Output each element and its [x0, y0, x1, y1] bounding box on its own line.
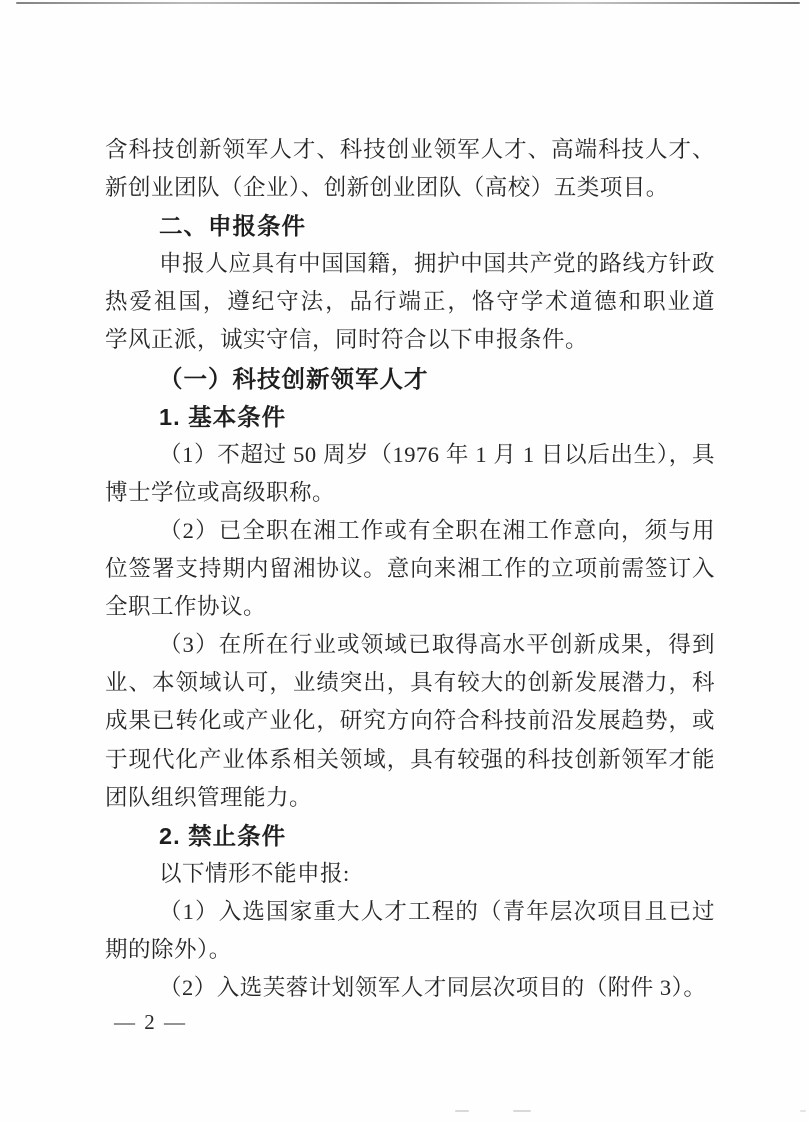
- heading-line: （一）科技创新领军人才: [105, 360, 715, 398]
- text-line: 全职工作协议。: [105, 588, 715, 626]
- scan-artifact-smudge: [455, 1110, 469, 1112]
- text-line: 新创业团队（企业）、创新创业团队（高校）五类项目。: [105, 169, 715, 207]
- text-line: 团队组织管理能力。: [105, 779, 715, 817]
- text-line: 含科技创新领军人才、科技创业领军人才、高端科技人才、创: [105, 131, 715, 169]
- text-line: 学风正派，诚实守信，同时符合以下申报条件。: [105, 321, 715, 359]
- heading-line: 二、申报条件: [105, 207, 715, 245]
- text-line: 热爱祖国，遵纪守法，品行端正，恪守学术道德和职业道德，: [105, 283, 715, 321]
- document-page: 含科技创新领军人才、科技创业领军人才、高端科技人才、创新创业团队（企业）、创新创…: [0, 0, 810, 1122]
- heading-line: 2. 禁止条件: [105, 817, 715, 855]
- text-line: （2）入选芙蓉计划领军人才同层次项目的（附件 3）。: [105, 969, 715, 1007]
- text-line: 位签署支持期内留湘协议。意向来湘工作的立项前需签订入职: [105, 550, 715, 588]
- text-line: （1）入选国家重大人才工程的（青年层次项目且已过支持: [105, 893, 715, 931]
- text-line: （1）不超过 50 周岁（1976 年 1 月 1 日以后出生），具有: [105, 436, 715, 474]
- text-line: 成果已转化或产业化，研究方向符合科技前沿发展趋势，或属: [105, 702, 715, 740]
- text-line: 期的除外）。: [105, 931, 715, 969]
- page-number: — 2 —: [114, 1008, 187, 1036]
- scan-artifact-smudge: [800, 1110, 806, 1112]
- text-line: 于现代化产业体系相关领域，具有较强的科技创新领军才能和: [105, 741, 715, 779]
- scan-artifact-smudge: [513, 1110, 531, 1112]
- scan-artifact-top-line: [16, 2, 800, 4]
- text-line: （3）在所在行业或领域已取得高水平创新成果，得到本行: [105, 626, 715, 664]
- heading-line: 1. 基本条件: [105, 398, 715, 436]
- text-line: 申报人应具有中国国籍，拥护中国共产党的路线方针政策，: [105, 245, 715, 283]
- text-line: 业、本领域认可，业绩突出，具有较大的创新发展潜力，科技: [105, 664, 715, 702]
- text-line: （2）已全职在湘工作或有全职在湘工作意向，须与用人单: [105, 512, 715, 550]
- document-body: 含科技创新领军人才、科技创业领军人才、高端科技人才、创新创业团队（企业）、创新创…: [105, 131, 715, 1007]
- text-line: 以下情形不能申报:: [105, 855, 715, 893]
- text-line: 博士学位或高级职称。: [105, 474, 715, 512]
